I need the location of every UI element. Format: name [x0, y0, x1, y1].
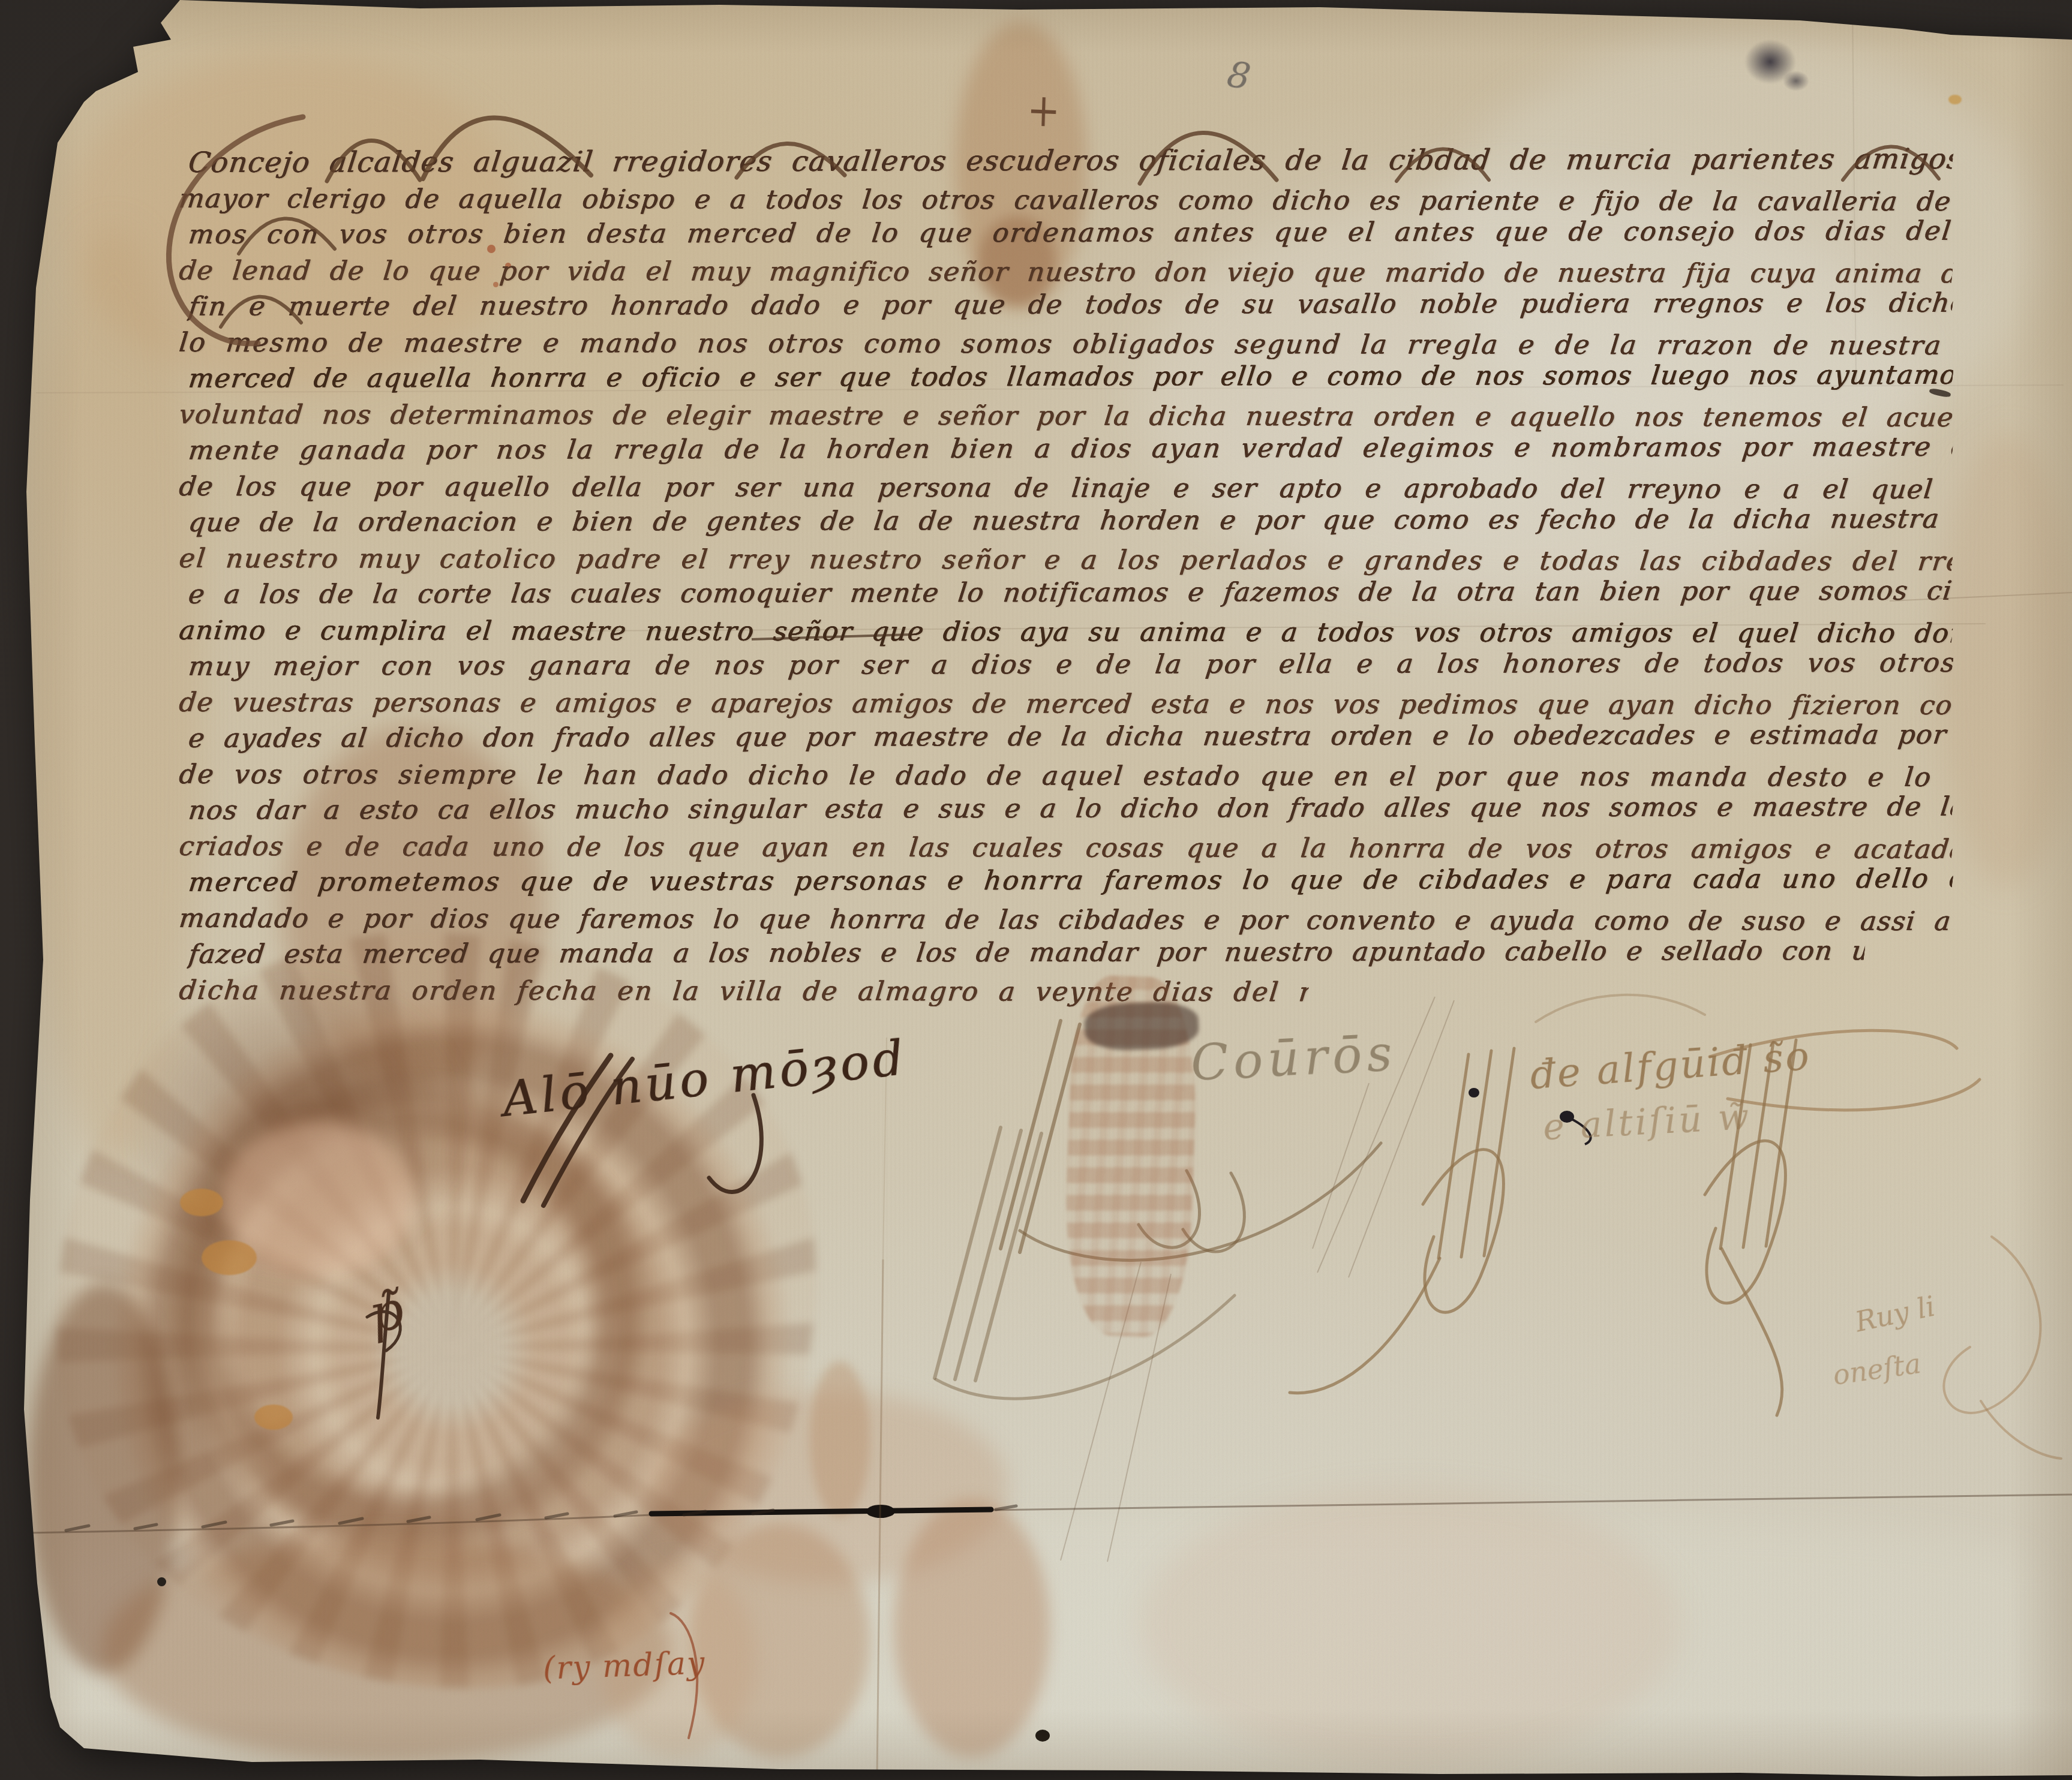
- signature-bottom-right-line2: oneſta: [1831, 1347, 1923, 1391]
- signature-bottom-right-loop: [1944, 1237, 2061, 1459]
- parchment-sheet: Concejo alcaldes alguazil rregidores cav…: [0, 0, 2072, 1780]
- manuscript-line: merced prometemos que de vuestras person…: [187, 861, 1955, 901]
- manuscript-line: mente ganada por nos la rregla de la hor…: [187, 429, 1955, 469]
- manuscript-line: fazed esta merced que manda a los nobles…: [187, 933, 1867, 973]
- signature-bottom-right-line1: Ruy li: [1852, 1290, 1938, 1339]
- stain-transfer-right-lobe: [894, 1499, 1050, 1757]
- seal-stain-pale-centre: [222, 1121, 414, 1277]
- ink-blot: [1035, 1730, 1050, 1742]
- tone-wash: [60, 1523, 2040, 1763]
- stain-transfer-streak: [810, 1361, 870, 1517]
- manuscript-line: muy mejor con vos ganara de nos por ser …: [187, 645, 1955, 685]
- manuscript-line: merced de aquella honrra e oficio e ser …: [187, 357, 1955, 397]
- signature-left: Alō nūo mōȝod: [500, 1030, 909, 1127]
- tone-wash: [24, 228, 204, 1163]
- manuscript-text-block: Concejo alcaldes alguazil rregidores cav…: [191, 145, 1954, 1009]
- folio-numeral: 8: [1224, 53, 1254, 98]
- manuscript-line: e a los de la corte las cuales comoquier…: [187, 573, 1955, 613]
- manuscript-line: nos dar a esto ca ellos mucho singular e…: [187, 789, 1955, 829]
- fold-tear-slit: [651, 1510, 991, 1514]
- tone-wash: [1140, 1487, 1680, 1763]
- ink-smudge: [1783, 71, 1809, 91]
- cross-mark: +: [1026, 83, 1061, 138]
- manuscript-line: mos con vos otros bien desta merced de l…: [187, 214, 1955, 253]
- scanned-manuscript-page: Concejo alcaldes alguazil rregidores cav…: [0, 0, 2072, 1780]
- ink-blot: [1469, 1088, 1479, 1098]
- signature-right-line1: đe alfgūiđ s̃o: [1529, 1033, 1812, 1099]
- manuscript-line: fin e muerte del nuestro honrado dado e …: [187, 285, 1955, 325]
- signature-center: Coūrōs: [1190, 1025, 1398, 1093]
- docket-note: (ry mdſay: [542, 1645, 706, 1686]
- signature-left-rubric: p̃: [364, 1278, 410, 1345]
- repair-patch: [202, 1240, 257, 1275]
- seal-stain-left-edge: [29, 1283, 179, 1673]
- orange-speck: [1948, 95, 1962, 104]
- seal-stain-tail: [648, 1391, 1008, 1583]
- repair-patch: [254, 1405, 293, 1430]
- stain-transfer-left-lobe: [690, 1523, 870, 1757]
- crease-stitches: [66, 1506, 1016, 1531]
- seal-stain-dark: [123, 969, 471, 1280]
- seal-stain: [57, 933, 816, 1688]
- bleedthrough-dark-head: [1084, 1001, 1200, 1052]
- manuscript-line: e ayades al dicho don frado alles que po…: [187, 717, 1955, 757]
- worm-hole: [157, 1577, 166, 1586]
- manuscript-line: Concejo alcaldes alguazil rregidores cav…: [187, 142, 1955, 181]
- tone-wash: [1938, 432, 2072, 888]
- manuscript-line: que de la ordenacion e bien de gentes de…: [187, 501, 1955, 541]
- signature-right-line2: e altiſiū w̃: [1542, 1096, 1752, 1148]
- ink-blot: [1560, 1111, 1574, 1123]
- repair-patch: [180, 1189, 223, 1216]
